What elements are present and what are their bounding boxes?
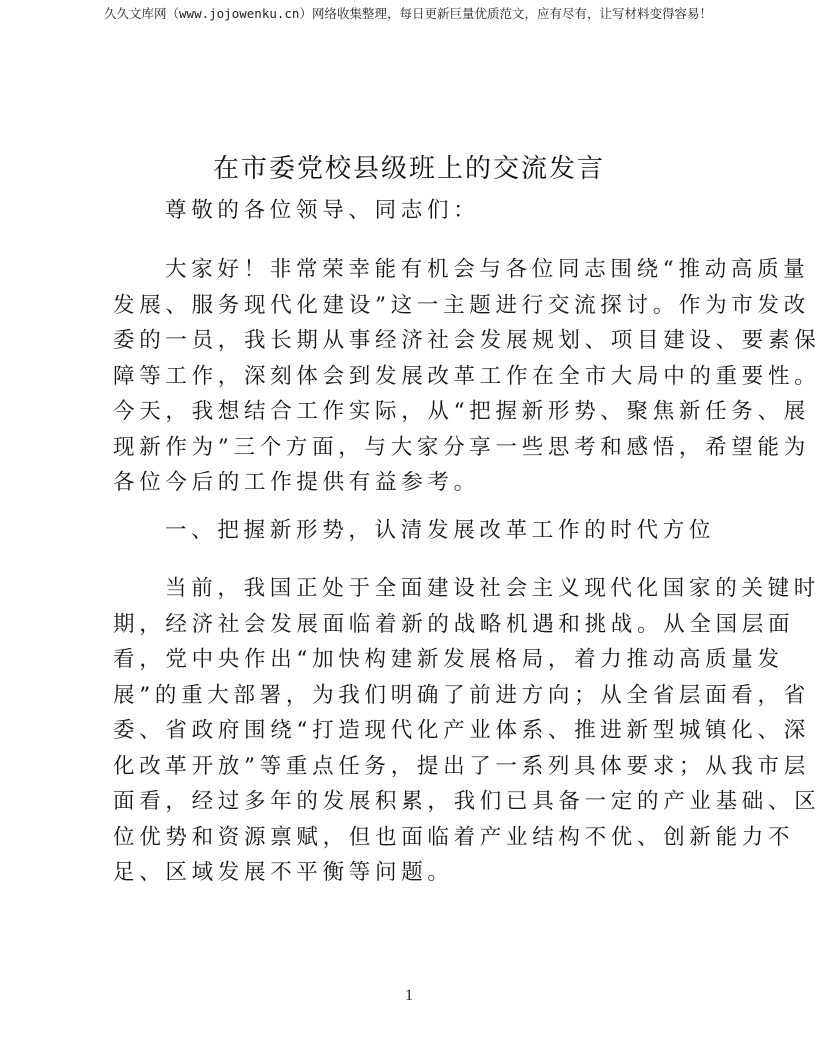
document-title: 在市委党校县级班上的交流发言 [0,148,816,185]
page-number: 1 [0,987,816,1005]
paragraph-line: 障等工作，深刻体会到发展改革工作在全市大局中的重要性。 [113,366,816,388]
paragraph-line: 化改革开放”等重点任务，提出了一系列具体要求；从我市层 [113,756,810,778]
paragraph-line: 今天，我想结合工作实际，从“把握新形势、聚焦新任务、展 [113,401,810,423]
paragraph-line: 大家好！非常荣幸能有机会与各位同志围绕“推动高质量 [165,259,810,281]
paragraph-line: 各位今后的工作提供有益参考。 [113,472,480,494]
paragraph-line: 足、区域发展不平衡等问题。 [113,862,454,884]
section-heading: 一、把握新形势，认清发展改革工作的时代方位 [165,520,715,542]
paragraph-line: 委的一员，我长期从事经济社会发展规划、项目建设、要素保 [113,330,816,352]
paragraph-line: 委、省政府围绕“打造现代化产业体系、推进新型城镇化、深 [113,720,810,742]
paragraph-line: 看，党中央作出“加快构建新发展格局，着力推动高质量发 [113,649,784,671]
paragraph-line: 当前，我国正处于全面建设社会主义现代化国家的关键时 [165,578,816,600]
paragraph-line: 现新作为”三个方面，与大家分享一些思考和感悟，希望能为 [113,437,810,459]
paragraph-line: 期，经济社会发展面临着新的战略机遇和挑战。从全国层面 [113,614,794,636]
salutation: 尊敬的各位领导、同志们： [165,200,479,222]
paragraph-line: 面看，经过多年的发展积累，我们已具备一定的产业基础、区 [113,791,816,813]
watermark-header: 久久文库网（www.jojowenku.cn）网络收集整理，每日更新巨量优质范文… [0,4,816,22]
paragraph-line: 展”的重大部署，为我们明确了前进方向；从全省层面看，省 [113,685,810,707]
paragraph-line: 位优势和资源禀赋，但也面临着产业结构不优、创新能力不 [113,827,794,849]
paragraph-line: 发展、服务现代化建设”这一主题进行交流探讨。作为市发改 [113,295,810,317]
